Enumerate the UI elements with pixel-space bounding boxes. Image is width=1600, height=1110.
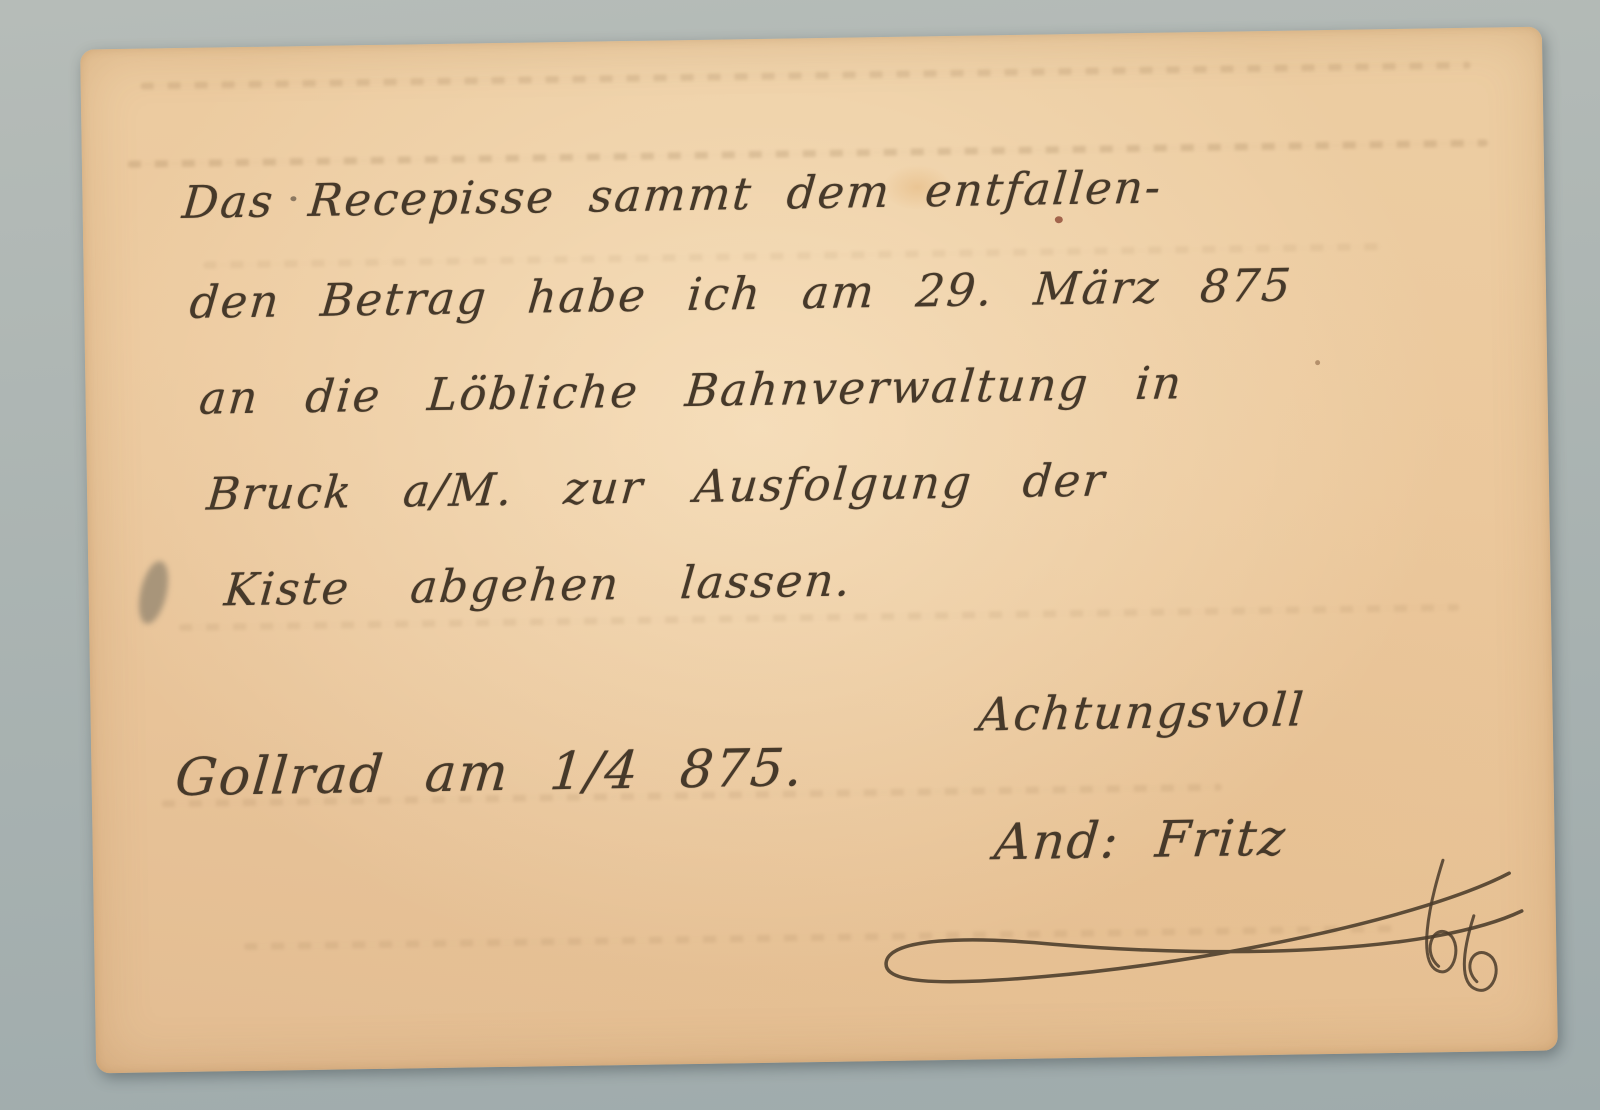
postcard: Das Recepisse sammt dem entfallen- den B… xyxy=(80,27,1558,1074)
message-line-1: Das Recepisse sammt dem entfallen- xyxy=(180,161,1164,229)
place-date-line: Gollrad am 1/4 875. xyxy=(173,738,807,808)
message-line-5: Kiste abgehen lassen. xyxy=(222,553,854,616)
ink-smudge xyxy=(134,558,174,626)
show-through-line xyxy=(128,139,1488,167)
paper-speck xyxy=(1055,216,1063,223)
scanned-document: Das Recepisse sammt dem entfallen- den B… xyxy=(0,0,1600,1110)
closing-salutation: Achtungsvoll xyxy=(976,682,1307,741)
show-through-line xyxy=(141,62,1471,90)
message-line-2: den Betrag habe ich am 29. März 875 xyxy=(188,258,1295,328)
signature-flourish xyxy=(871,853,1534,1033)
paper-speck xyxy=(1315,360,1320,365)
message-line-3: an die Löbliche Bahnverwaltung in xyxy=(197,356,1185,425)
message-line-4: Bruck a/M. zur Ausfolgung der xyxy=(205,453,1109,520)
